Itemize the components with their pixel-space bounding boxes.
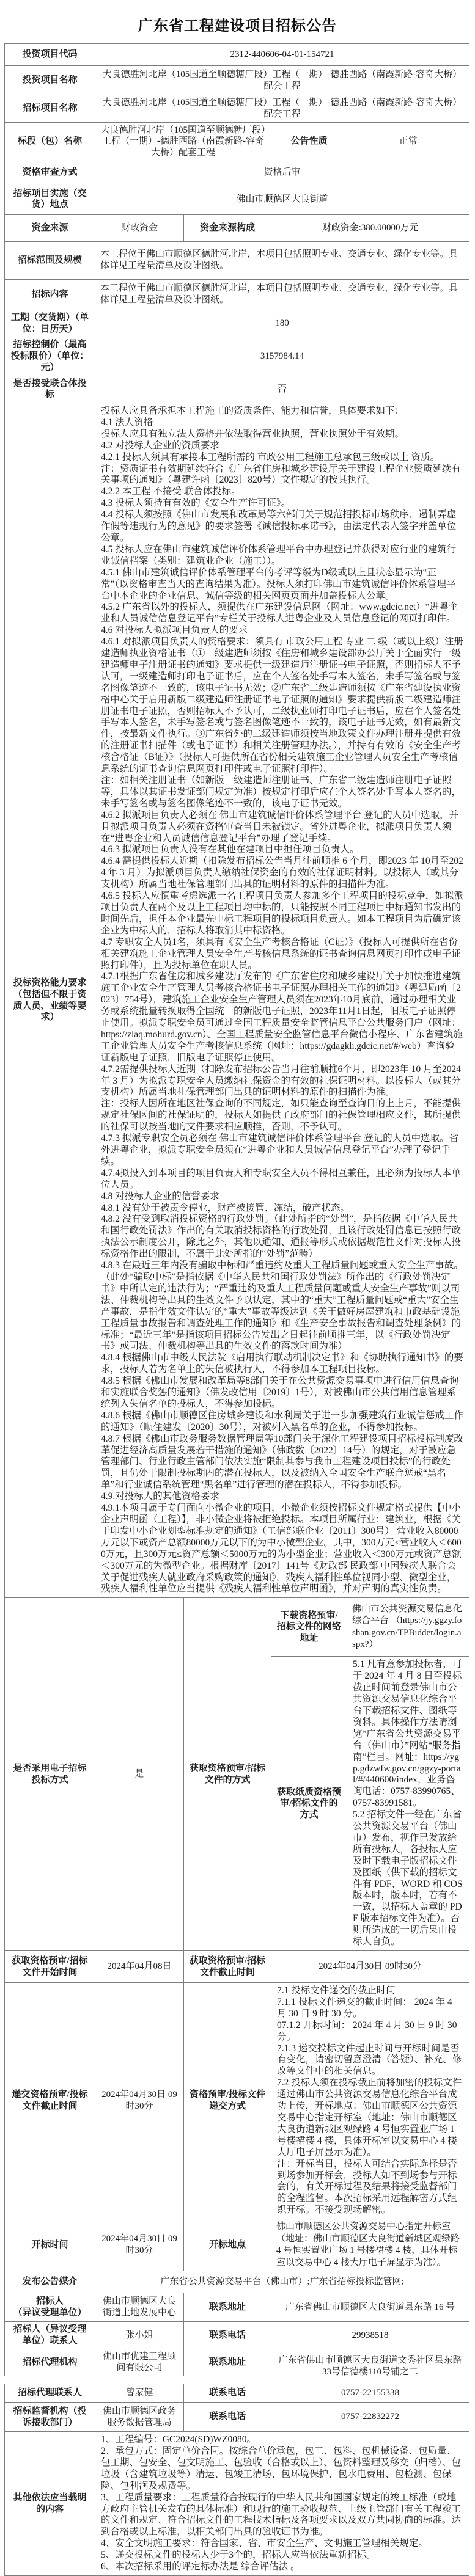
- agency-addr-label: 联系地址: [184, 2349, 271, 2376]
- row-media: 发布公告媒介 广东省公共资源交易平台（佛山市）;广东省招标投标监管网;: [5, 2271, 469, 2293]
- row-scope: 招标范围及规模 本工程位于佛山市顺德区德胜河北岸，本项目包括照明专业、交通专业、…: [5, 241, 469, 279]
- row-qualification-method: 资格审查方式 资格后审: [5, 161, 469, 184]
- other-value: 1、工程编号：GC2024(SD)WZ0080。 2、承包方式：固定单价合同。按…: [95, 2432, 469, 2576]
- row-e-bidding: 是否采用电子招标投标方式 是 获取资格预审/招标文件的方式 下载资格预审/招标文…: [5, 1598, 469, 1657]
- agency-label: 招标代理机构: [5, 2349, 95, 2376]
- agency-addr-value: 广东省佛山市顺德区大良街道文秀社区县东路33号信德楼110号铺之二: [271, 2349, 469, 2384]
- row-qualification-req: 投标资格能力要求（包括但不限于资质人员、业绩等要求） 投标人应具备承担本工程施工…: [5, 403, 469, 1598]
- tenderer-label: 招标人 （异议受理单位）: [5, 2293, 95, 2322]
- notice-nature-label: 公告性质: [271, 122, 347, 161]
- consortium-label: 是否接受联合体投标: [5, 376, 95, 403]
- supervisor-value: 佛山市顺德区政务服务数据管理局: [95, 2403, 184, 2432]
- opening-time-label: 开标时间: [5, 2219, 95, 2271]
- row-agency: 招标代理机构 佛山市优建工程顾问有限公司 联系地址 广东省佛山市顺德区大良街道文…: [5, 2349, 469, 2376]
- row-invest-name: 投资项目名称 大良德胜河北岸（105国道至顺德糖厂段）工程（一期）-德胜西路（南…: [5, 66, 469, 95]
- doc-download-label: 下载资格预审/招标文件的网络地址: [271, 1598, 347, 1657]
- opening-place-label: 开标地点: [184, 2219, 271, 2271]
- page-title: 广东省工程建设项目招标公告: [0, 13, 475, 35]
- agency-tel-value: 0757-22155338: [271, 2384, 469, 2403]
- tenderer-addr-value: 广东省佛山市顺德区大良街道县东路 16 号: [271, 2293, 469, 2322]
- tender-name-value: 大良德胜河北岸（105国道至顺德糖厂段）工程（一期）-德胜西路（南霞新路-容奇大…: [95, 95, 469, 123]
- gap-cell: [5, 2376, 95, 2384]
- row-tenderer-contact: 招标人（异议受理单位）联系人 张小姐 联系电话 29938518: [5, 2322, 469, 2349]
- row-location: 招标项目实施（交货）地点 佛山市顺德区大良街道: [5, 184, 469, 214]
- gap-cell: [184, 2376, 271, 2384]
- supervisor-label: 招标监督机构（投诉接收部门）: [5, 2403, 95, 2432]
- agency-contact-label: 招标代理联系人: [5, 2384, 95, 2403]
- project-code-value: 2312-440606-04-01-154721: [95, 44, 469, 66]
- qualification-req-label: 投标资格能力要求（包括但不限于资质人员、业绩等要求）: [5, 403, 95, 1598]
- supervisor-tel-label: 联系电话: [184, 2403, 271, 2432]
- doc-paper-value: 5.1 凡有意参加投标者，可于 2024 年 4 月 8 日至投标截止时间前登录…: [347, 1657, 469, 1951]
- row-opening: 开标时间 2024年04月30日 09时30分 开标地点 佛山市顺德区公共资源交…: [5, 2219, 469, 2271]
- qualification-method-label: 资格审查方式: [5, 161, 95, 184]
- row-section-name: 标段（包）名称 大良德胜河北岸（105国道至顺德糖厂段）工程（一期）-德胜西路（…: [5, 122, 469, 161]
- project-code-label: 投资项目代码: [5, 44, 95, 66]
- agency-contact-value: 曾家健: [95, 2384, 184, 2403]
- submit-method-label: 资格预审/投标文件递交方式: [184, 1983, 271, 2219]
- row-tender-name: 招标项目名称 大良德胜河北岸（105国道至顺德糖厂段）工程（一期）-德胜西路（南…: [5, 95, 469, 123]
- invest-name-label: 投资项目名称: [5, 66, 95, 95]
- invest-name-value: 大良德胜河北岸（105国道至顺德糖厂段）工程（一期）-德胜西路（南霞新路-容奇大…: [95, 66, 469, 95]
- e-bidding-value: 是: [95, 1598, 184, 1951]
- row-content: 招标内容 本工程位于佛山市顺德区德胜河北岸，本项目包括照明专业、交通专业、绿化专…: [5, 279, 469, 310]
- content-label: 招标内容: [5, 279, 95, 310]
- gap-cell: [95, 2376, 184, 2384]
- row-tenderer: 招标人 （异议受理单位） 佛山市顺德区大良街道土地发展中心 联系地址 广东省佛山…: [5, 2293, 469, 2322]
- consortium-value: 否: [95, 376, 469, 403]
- agency-value: 佛山市优建工程顾问有限公司: [95, 2349, 184, 2376]
- qualification-req-value: 投标人应具备承担本工程施工的资质条件、能力和信誉，具体要求如下： 4.1 法人资…: [95, 403, 469, 1598]
- location-value: 佛山市顺德区大良街道: [95, 184, 469, 214]
- doc-download-value: 佛山市公共资源交易信息化综合平台 （https://jy.ggzy.foshan…: [347, 1598, 469, 1657]
- supervisor-tel-value: 0757-22832272: [271, 2403, 469, 2432]
- section-name-label: 标段（包）名称: [5, 122, 95, 161]
- funds-composition-label: 资金来源构成: [184, 214, 271, 241]
- tenderer-contact-label: 招标人（异议受理单位）联系人: [5, 2322, 95, 2349]
- row-duration: 工期（交货期）（单位：日历天） 180: [5, 310, 469, 337]
- obtain-start-value: 2024年04月08日: [95, 1951, 184, 1983]
- doc-obtain-label: 获取资格预审/招标文件的方式: [184, 1598, 271, 1951]
- section-name-value: 大良德胜河北岸（105国道至顺德糖厂段）工程（一期）-德胜西路（南霞新路-容奇大…: [95, 122, 271, 161]
- row-submit-deadline: 递交资格预审/投标文件截止时间 2024年04月30日 09时30分 资格预审/…: [5, 1983, 469, 2219]
- row-agency-contact: 招标代理联系人 曾家健 联系电话 0757-22155338: [5, 2384, 469, 2403]
- funds-label: 资金来源: [5, 214, 95, 241]
- row-other: 其他依法应当载明的内容 1、工程编号：GC2024(SD)WZ0080。 2、承…: [5, 2432, 469, 2576]
- announcement-table: 投资项目代码 2312-440606-04-01-154721 投资项目名称 大…: [4, 43, 469, 2576]
- row-consortium: 是否接受联合体投标 否: [5, 376, 469, 403]
- row-funds: 资金来源 财政资金 资金来源构成 财政资金:380.00000万元: [5, 214, 469, 241]
- agency-tel-label: 联系电话: [184, 2384, 271, 2403]
- tenderer-tel-value: 29938518: [271, 2322, 469, 2349]
- funds-value: 财政资金: [95, 214, 184, 241]
- submit-method-value: 7.1 投标文件递交的截止时间 7.1.1 投标文件递交的截止时间： 2024 …: [271, 1983, 469, 2219]
- row-supervisor: 招标监督机构（投诉接收部门） 佛山市顺德区政务服务数据管理局 联系电话 0757…: [5, 2403, 469, 2432]
- notice-nature-value: 正常: [347, 122, 469, 161]
- row-project-code: 投资项目代码 2312-440606-04-01-154721: [5, 44, 469, 66]
- scope-value: 本工程位于佛山市顺德区德胜河北岸，本项目包括照明专业、交通专业、绿化专业等。具体…: [95, 241, 469, 279]
- media-value: 广东省公共资源交易平台（佛山市）;广东省招标投标监管网;: [95, 2271, 469, 2293]
- duration-value: 180: [95, 310, 469, 337]
- control-price-value: 3157984.14: [95, 337, 469, 376]
- duration-label: 工期（交货期）（单位：日历天）: [5, 310, 95, 337]
- tenderer-value: 佛山市顺德区大良街道土地发展中心: [95, 2293, 184, 2322]
- opening-place-value: 佛山市顺德区公共资源交易中心指定开标室（地址：佛山市顺德区大良街道新城区观绿路 …: [271, 2219, 469, 2271]
- qualification-method-value: 资格后审: [95, 161, 469, 184]
- funds-composition-value: 财政资金:380.00000万元: [271, 214, 469, 241]
- doc-paper-label: 获取纸质资格预审/招标文件的方式: [271, 1657, 347, 1951]
- tender-name-label: 招标项目名称: [5, 95, 95, 123]
- submit-deadline-label: 递交资格预审/投标文件截止时间: [5, 1983, 95, 2219]
- row-control-price: 招标控制价（最高投标限价）（单位：元） 3157984.14: [5, 337, 469, 376]
- tenderer-tel-label: 联系电话: [184, 2322, 271, 2349]
- control-price-label: 招标控制价（最高投标限价）（单位：元）: [5, 337, 95, 376]
- e-bidding-label: 是否采用电子招标投标方式: [5, 1598, 95, 1951]
- other-label: 其他依法应当载明的内容: [5, 2432, 95, 2576]
- opening-time-value: 2024年04月30日 09时30分: [95, 2219, 184, 2271]
- scope-label: 招标范围及规模: [5, 241, 95, 279]
- tenderer-addr-label: 联系地址: [184, 2293, 271, 2322]
- media-label: 发布公告媒介: [5, 2271, 95, 2293]
- obtain-end-label: 获取资格预审/招标文件截止时间: [184, 1951, 271, 1983]
- location-label: 招标项目实施（交货）地点: [5, 184, 95, 214]
- content-value: 本工程位于佛山市顺德区德胜河北岸，本项目包括照明专业、交通专业、绿化专业等。具体…: [95, 279, 469, 310]
- tenderer-contact-value: 张小姐: [95, 2322, 184, 2349]
- row-obtain-time: 获取资格预审/招标文件开始时间 2024年04月08日 获取资格预审/招标文件截…: [5, 1951, 469, 1983]
- obtain-start-label: 获取资格预审/招标文件开始时间: [5, 1951, 95, 1983]
- submit-deadline-value: 2024年04月30日 09时30分: [95, 1983, 184, 2219]
- obtain-end-value: 2024年04月30日 09时30分: [271, 1951, 469, 1983]
